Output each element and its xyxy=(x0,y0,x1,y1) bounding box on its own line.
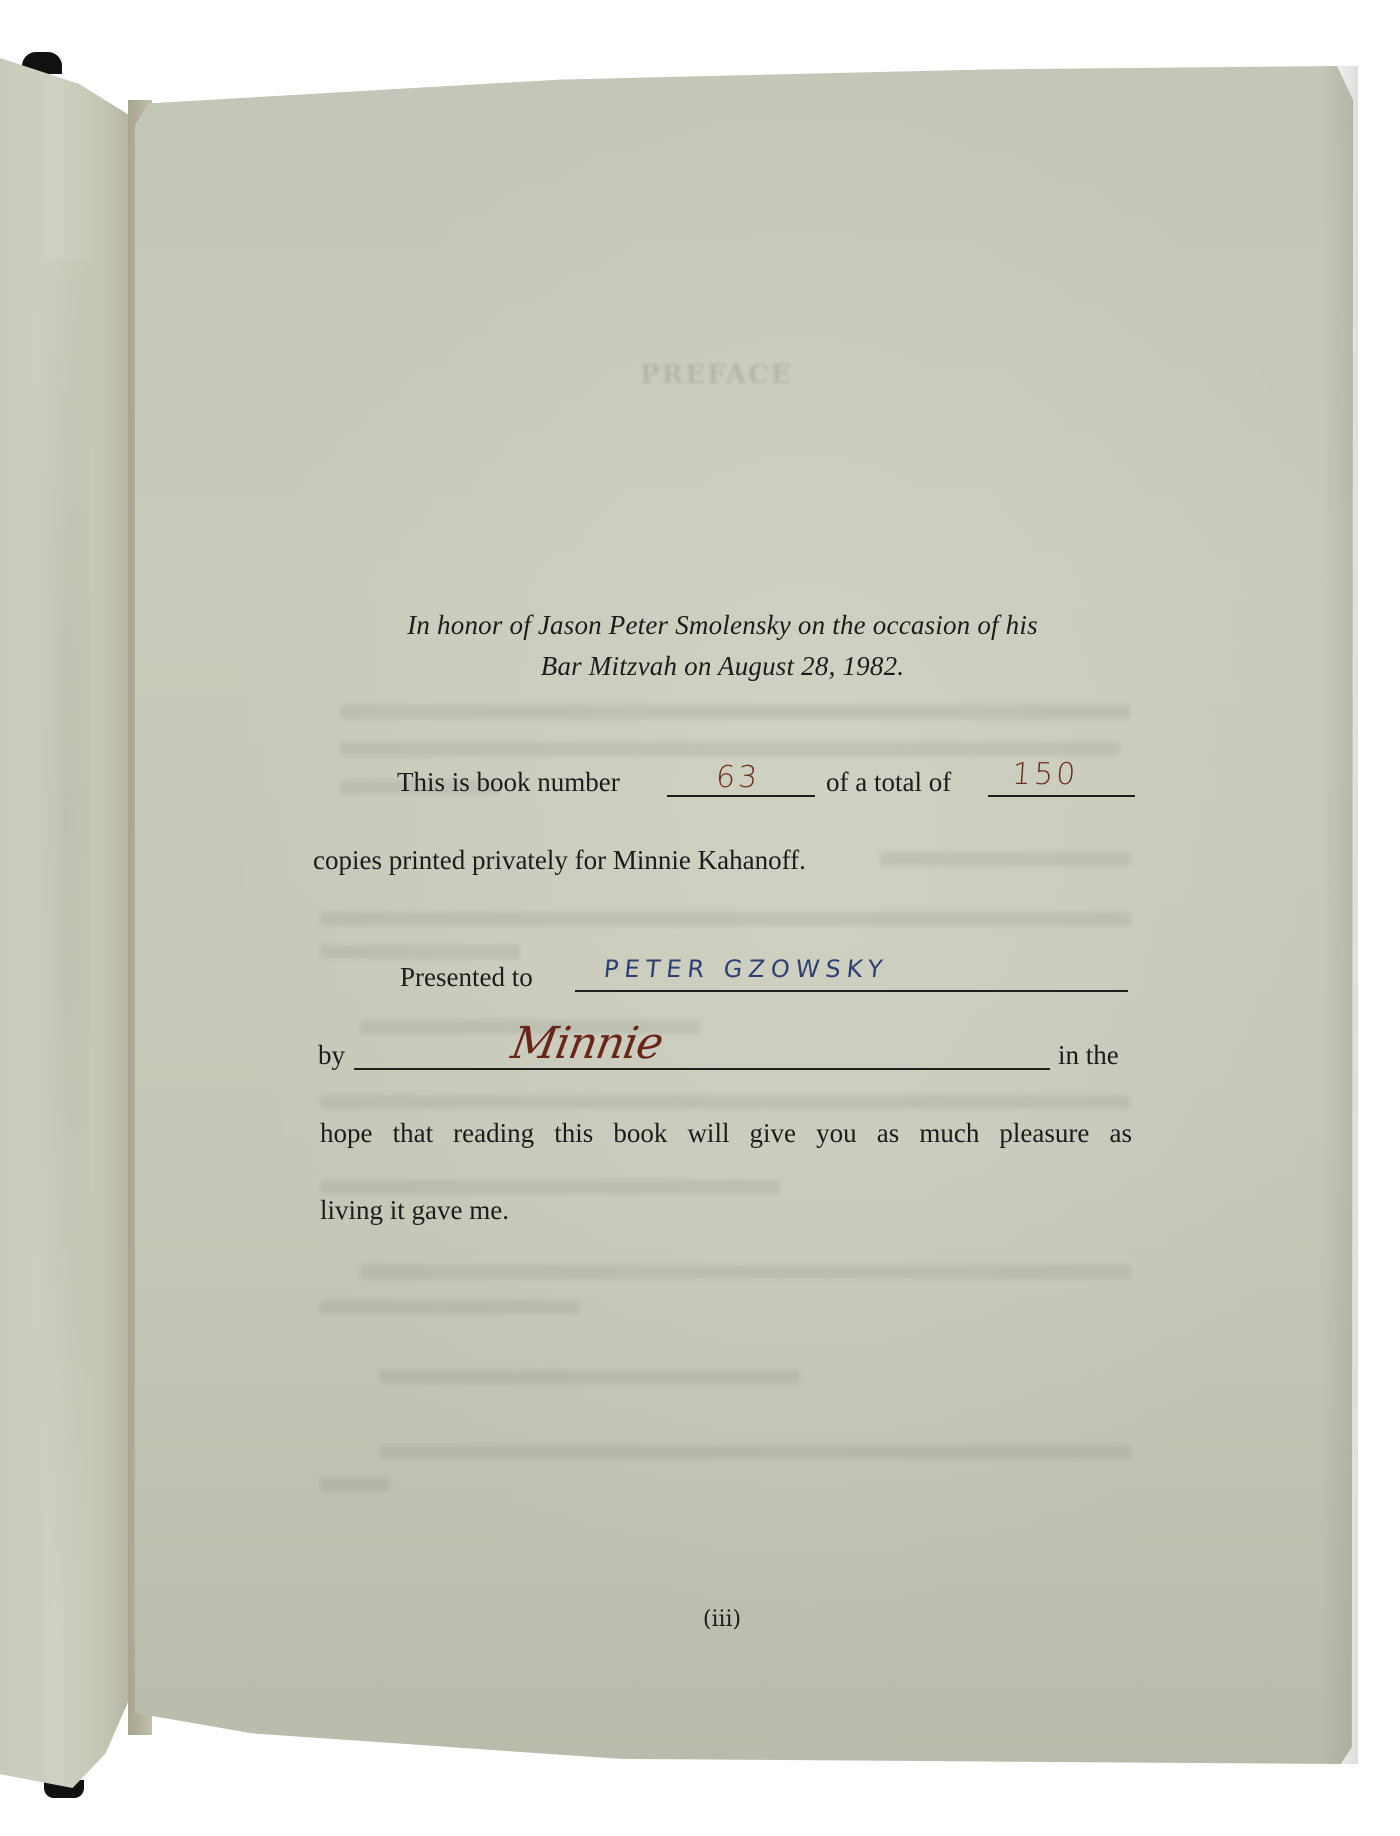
book-number-rule xyxy=(667,795,815,797)
word: much xyxy=(919,1118,979,1149)
word: will xyxy=(687,1118,729,1149)
hope-sentence-line: hope that reading this book will give yo… xyxy=(320,1118,1132,1149)
word: this xyxy=(554,1118,593,1149)
total-copies-rule xyxy=(988,795,1135,797)
word: book xyxy=(613,1118,667,1149)
word: pleasure xyxy=(999,1118,1089,1149)
word: as xyxy=(877,1118,900,1149)
dedication-line-2: Bar Mitzvah on August 28, 1982. xyxy=(300,651,1145,682)
word: hope xyxy=(320,1118,372,1149)
word: reading xyxy=(453,1118,534,1149)
private-printing-note: copies printed privately for Minnie Kaha… xyxy=(313,845,806,876)
word: give xyxy=(750,1118,797,1149)
show-through-heading: PREFACE xyxy=(640,360,793,390)
book-number-handwritten: 63 xyxy=(715,760,762,795)
recipient-handwritten: PETER GZOWSKY xyxy=(603,955,890,983)
book-number-label: This is book number xyxy=(397,767,620,798)
word: as xyxy=(1109,1118,1132,1149)
giver-signature: Minnie xyxy=(508,1018,667,1069)
closing-line: living it gave me. xyxy=(320,1195,509,1226)
giver-rule xyxy=(354,1068,1050,1070)
presented-to-label: Presented to xyxy=(400,962,533,993)
word: you xyxy=(816,1118,857,1149)
by-label: by xyxy=(318,1040,345,1071)
page-number: (iii) xyxy=(672,1607,772,1632)
left-page xyxy=(0,58,132,1788)
total-copies-label: of a total of xyxy=(826,767,951,798)
total-copies-handwritten: 150 xyxy=(1011,757,1080,792)
in-the-text: in the xyxy=(1058,1040,1119,1071)
dedication-line-1: In honor of Jason Peter Smolensky on the… xyxy=(300,610,1145,641)
recipient-rule xyxy=(575,990,1128,992)
word: that xyxy=(393,1118,434,1149)
